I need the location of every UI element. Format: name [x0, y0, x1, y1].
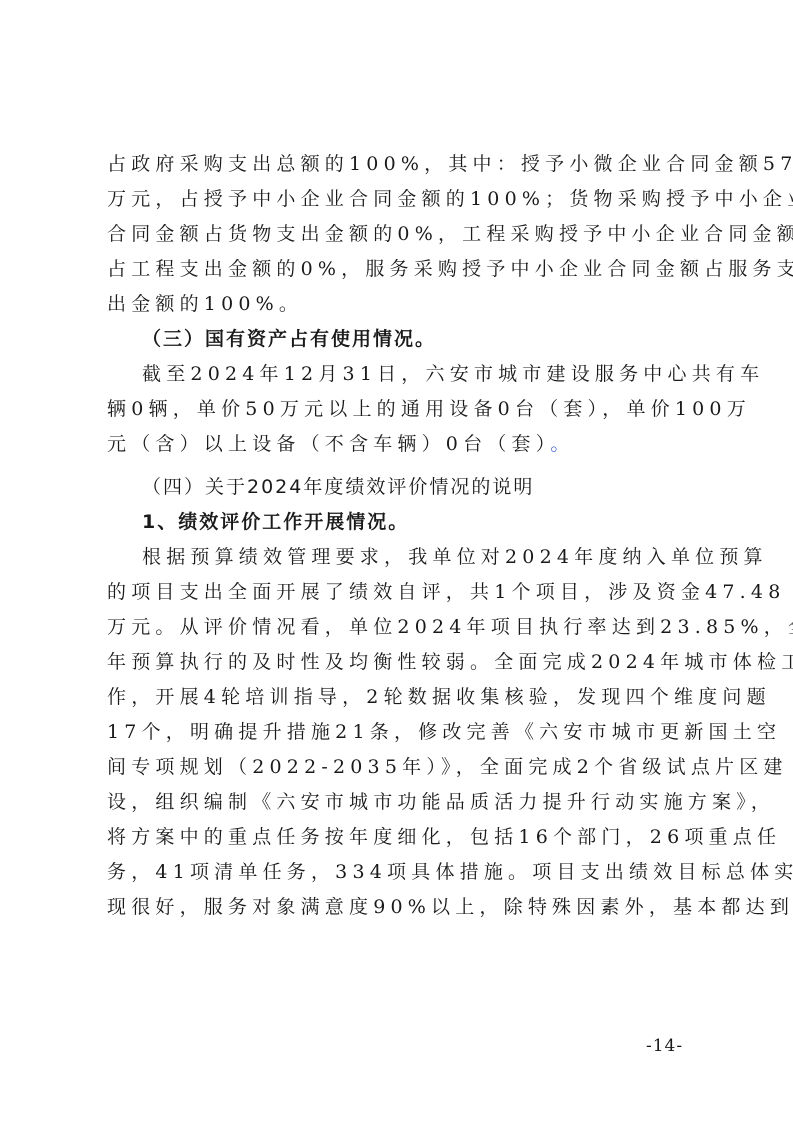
- document-page: 占政府采购支出总额的100%，其中：授予小微企业合同金额57 万元，占授予中小企…: [107, 147, 693, 925]
- text-line: 年预算执行的及时性及均衡性较弱。全面完成2024年城市体检工: [107, 645, 693, 680]
- page-number: -14-: [646, 1036, 683, 1056]
- text-line: 17个，明确提升措施21条，修改完善《六安市城市更新国土空: [107, 715, 693, 750]
- text-line: 万元。从评价情况看，单位2024年项目执行率达到23.85%，全: [107, 610, 693, 645]
- text-line: 将方案中的重点任务按年度细化，包括16个部门，26项重点任: [107, 820, 693, 855]
- text-line: 占政府采购支出总额的100%，其中：授予小微企业合同金额57: [107, 147, 693, 182]
- text-line: 万元，占授予中小企业合同金额的100%；货物采购授予中小企业: [107, 182, 693, 217]
- text-line: 合同金额占货物支出金额的0%，工程采购授予中小企业合同金额: [107, 217, 693, 252]
- period-mark: 。: [550, 433, 574, 455]
- text-line: 间专项规划（2022-2035年）》，全面完成2个省级试点片区建: [107, 750, 693, 785]
- text-line: 占工程支出金额的0%，服务采购授予中小企业合同金额占服务支: [107, 252, 693, 287]
- section-heading-3: （三）国有资产占有使用情况。: [107, 322, 693, 357]
- text-line: 根据预算绩效管理要求，我单位对2024年度纳入单位预算: [107, 540, 693, 575]
- text-line: 的项目支出全面开展了绩效自评，共1个项目，涉及资金47.48: [107, 575, 693, 610]
- text-line: 截至2024年12月31日，六安市城市建设服务中心共有车: [107, 357, 693, 392]
- text-line: 作，开展4轮培训指导，2轮数据收集核验，发现四个维度问题: [107, 680, 693, 715]
- text-span: 元（含）以上设备（不含车辆）0台（套）: [107, 433, 550, 455]
- text-line: 辆0辆，单价50万元以上的通用设备0台（套），单价100万: [107, 392, 693, 427]
- text-line: 现很好，服务对象满意度90%以上，除特殊因素外，基本都达到: [107, 890, 693, 925]
- subheading-1: 1、绩效评价工作开展情况。: [107, 505, 693, 540]
- text-line: 出金额的100%。: [107, 287, 693, 322]
- text-line: 设，组织编制《六安市城市功能品质活力提升行动实施方案》，: [107, 785, 693, 820]
- text-line: 元（含）以上设备（不含车辆）0台（套）。: [107, 427, 693, 462]
- section-heading-4: （四）关于2024年度绩效评价情况的说明: [107, 470, 693, 505]
- text-line: 务，41项清单任务，334项具体措施。项目支出绩效目标总体实: [107, 855, 693, 890]
